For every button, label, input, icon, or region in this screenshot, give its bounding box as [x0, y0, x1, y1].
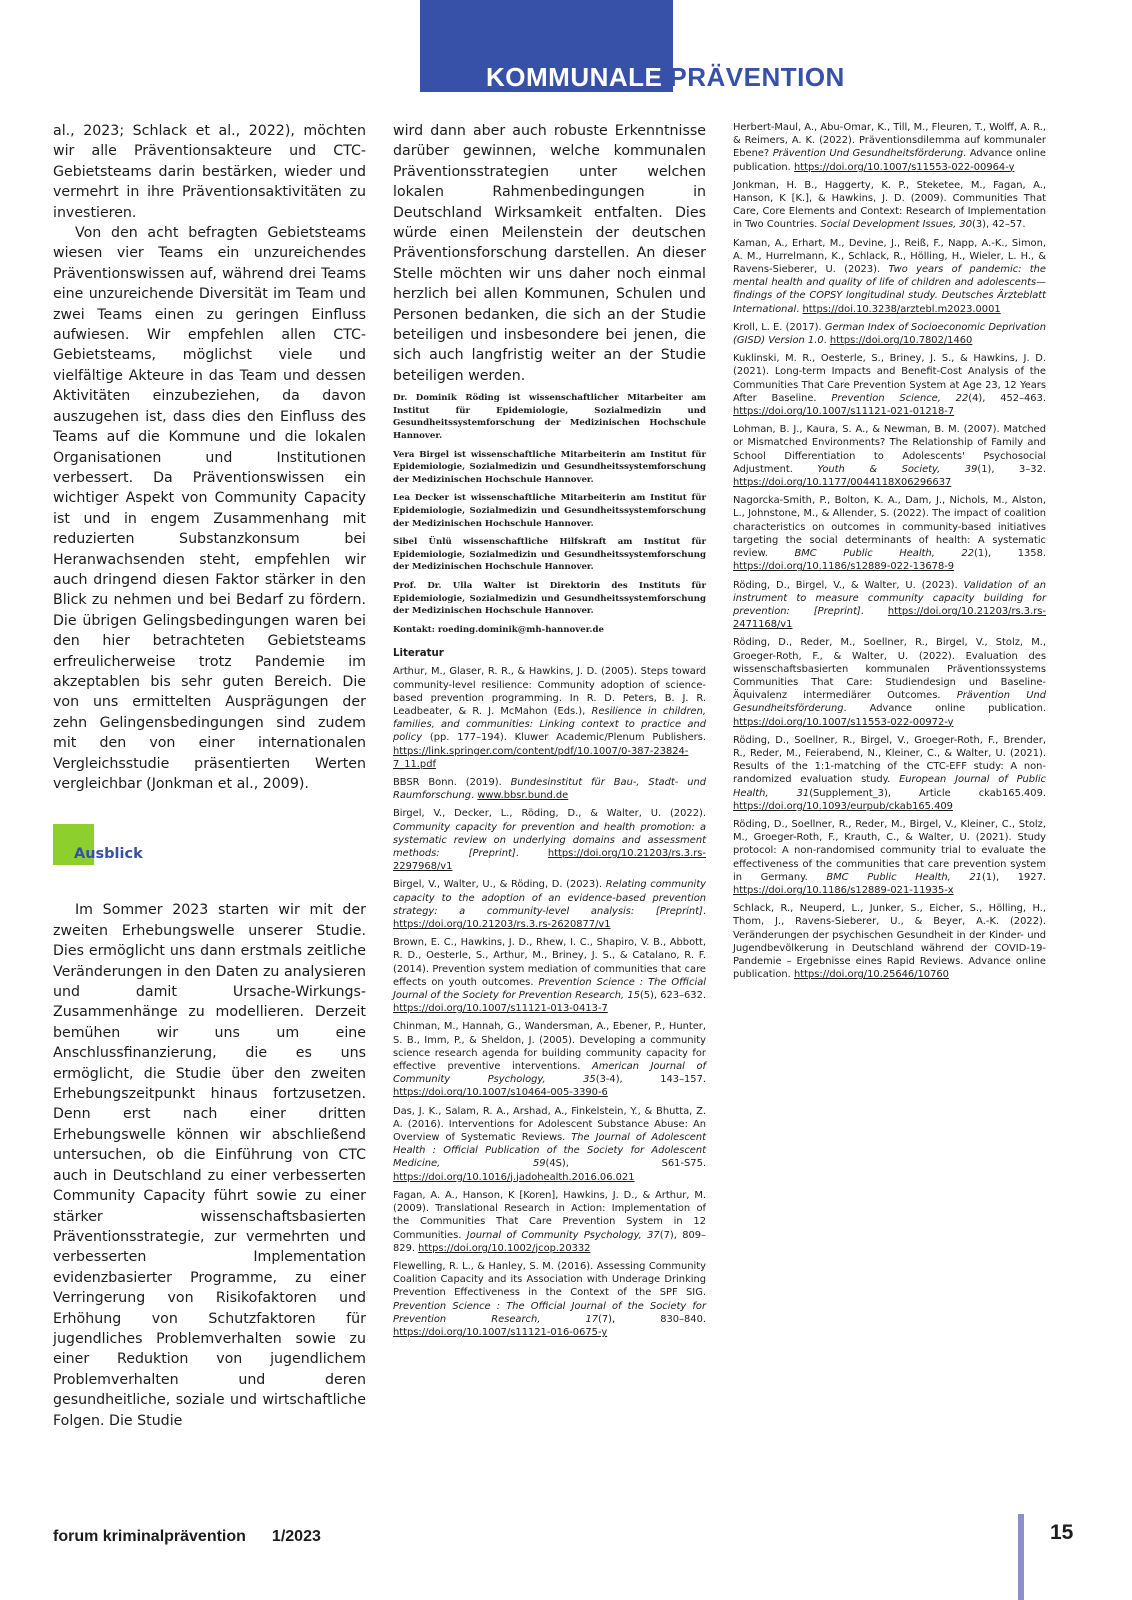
reference-link[interactable]: https://doi.org/10.1177/0044118X06296637 — [733, 477, 951, 488]
reference-text: (4S), S61-S75. — [546, 1158, 706, 1169]
reference-link[interactable]: https://doi.org/10.1093/eurpub/ckab165.4… — [733, 801, 953, 812]
contact-line: Kontakt: roeding.dominik@mh-hannover.de — [393, 624, 706, 637]
body-paragraph: wird dann aber auch robuste Erkenntnisse… — [393, 121, 706, 386]
reference-entry: Flewelling, R. L., & Hanley, S. M. (2016… — [393, 1260, 706, 1339]
reference-entry: Kaman, A., Erhart, M., Devine, J., Reiß,… — [733, 237, 1046, 316]
reference-source: Prävention Und Gesundheitsförderung — [773, 148, 963, 159]
reference-text: Kroll, L. E. (2017). — [733, 322, 825, 333]
reference-link[interactable]: https://doi.org/10.1186/s12889-022-13678… — [733, 561, 954, 572]
reference-source: Journal of Community Psychology, 37 — [467, 1230, 660, 1241]
author-bios: Dr. Dominik Röding ist wissenschaftliche… — [393, 392, 706, 636]
reference-entry: Jonkman, H. B., Haggerty, K. P., Stekete… — [733, 179, 1046, 232]
author-bio: Dr. Dominik Röding ist wissenschaftliche… — [393, 392, 706, 442]
reference-text: Birgel, V., Decker, L., Röding, D., & Wa… — [393, 808, 706, 819]
body-paragraph: Im Sommer 2023 starten wir mit der zweit… — [53, 900, 366, 1431]
reference-entry: Lohman, B. J., Kaura, S. A., & Newman, B… — [733, 423, 1046, 489]
reference-text: (7), 830–840. — [598, 1314, 706, 1325]
reference-text: (4), 452–463. — [968, 393, 1046, 404]
column-3: Herbert-Maul, A., Abu-Omar, K., Till, M.… — [733, 121, 1046, 986]
reference-link[interactable]: https://doi.org/10.1007/s11553-022-00972… — [733, 717, 953, 728]
page-number: 15 — [1050, 1521, 1073, 1545]
reference-entry: Das, J. K., Salam, R. A., Arshad, A., Fi… — [393, 1105, 706, 1184]
issue-number: 1/2023 — [272, 1528, 321, 1545]
reference-text: (1), 1358. — [974, 548, 1046, 559]
reference-text: . — [703, 906, 706, 917]
reference-list: Herbert-Maul, A., Abu-Omar, K., Till, M.… — [733, 121, 1046, 981]
reference-entry: Röding, D., Birgel, V., & Walter, U. (20… — [733, 579, 1046, 632]
reference-text: . — [516, 848, 548, 859]
reference-link[interactable]: www.bbsr.bund.de — [477, 790, 568, 801]
reference-link[interactable]: https://doi.org/10.25646/10760 — [794, 969, 949, 980]
author-bio: Sibel Ünlü wissenschaftliche Hilfskraft … — [393, 536, 706, 574]
reference-text: Flewelling, R. L., & Hanley, S. M. (2016… — [393, 1261, 706, 1298]
reference-text: (5), 623–632. — [640, 990, 706, 1001]
reference-text: . — [861, 606, 888, 617]
reference-entry: Kroll, L. E. (2017). German Index of Soc… — [733, 321, 1046, 347]
section-title: Ausblick — [74, 846, 143, 862]
reference-entry: Fagan, A. A., Hanson, K [Koren], Hawkins… — [393, 1189, 706, 1255]
reference-text: (3-4), 143–157. — [596, 1074, 706, 1085]
reference-text: (1), 1927. — [982, 872, 1046, 883]
reference-entry: BBSR Bonn. (2019). Bundesinstitut für Ba… — [393, 776, 706, 802]
reference-text: (3), 42–57. — [972, 219, 1025, 230]
footer-publication: forum kriminalprävention1/2023 — [53, 1528, 321, 1546]
reference-text: Röding, D., Birgel, V., & Walter, U. (20… — [733, 580, 964, 591]
author-bio: Prof. Dr. Ulla Walter ist Direktorin des… — [393, 580, 706, 618]
reference-entry: Röding, D., Soellner, R., Birgel, V., Gr… — [733, 734, 1046, 813]
footer-accent-bar — [1018, 1514, 1024, 1600]
reference-text: BBSR Bonn. (2019). — [393, 777, 511, 788]
reference-entry: Röding, D., Reder, M., Soellner, R., Bir… — [733, 636, 1046, 728]
reference-link[interactable]: https://link.springer.com/content/pdf/10… — [393, 746, 688, 770]
reference-entry: Herbert-Maul, A., Abu-Omar, K., Till, M.… — [733, 121, 1046, 174]
reference-entry: Arthur, M., Glaser, R. R., & Hawkins, J.… — [393, 665, 706, 771]
reference-entry: Kuklinski, M. R., Oesterle, S., Briney, … — [733, 352, 1046, 418]
reference-list: Arthur, M., Glaser, R. R., & Hawkins, J.… — [393, 665, 706, 1339]
section-heading-ausblick: Ausblick — [53, 824, 366, 886]
reference-text: Birgel, V., Walter, U., & Röding, D. (20… — [393, 879, 606, 890]
reference-link[interactable]: https://doi.org/10.1007/s11121-021-01218… — [733, 406, 954, 417]
reference-link[interactable]: https://doi.org/10.1007/s11121-013-0413-… — [393, 1003, 608, 1014]
reference-text: (1), 3–32. — [977, 464, 1046, 475]
literature-heading: Literatur — [393, 648, 706, 659]
reference-link[interactable]: https://doi.org/10.1007/s10464-005-3390-… — [393, 1087, 608, 1098]
reference-link[interactable]: https://doi.org/10.1186/s12889-021-11935… — [733, 885, 954, 896]
reference-entry: Birgel, V., Walter, U., & Röding, D. (20… — [393, 878, 706, 931]
reference-source: Social Development Issues, 30 — [820, 219, 972, 230]
column-2: wird dann aber auch robuste Erkenntnisse… — [393, 121, 706, 1344]
reference-source: Youth & Society, 39 — [817, 464, 977, 475]
reference-text: . Advance online publication. — [844, 703, 1046, 714]
reference-entry: Brown, E. C., Hawkins, J. D., Rhew, I. C… — [393, 936, 706, 1015]
author-bio: Vera Birgel ist wissenschaftliche Mitarb… — [393, 449, 706, 487]
author-bio: Lea Decker ist wissenschaftliche Mitarbe… — [393, 492, 706, 530]
reference-source: Prevention Science, 22 — [831, 393, 968, 404]
reference-entry: Nagorcka-Smith, P., Bolton, K. A., Dam, … — [733, 494, 1046, 573]
reference-link[interactable]: https://doi.org/10.1007/s11553-022-00964… — [794, 162, 1014, 173]
header-title-part1: KOMMUNALE — [486, 62, 662, 92]
reference-text: (Supplement_3), Article ckab165.409. — [809, 788, 1046, 799]
reference-source: BMC Public Health, 22 — [794, 548, 974, 559]
reference-entry: Schlack, R., Neuperd, L., Junker, S., Ei… — [733, 902, 1046, 981]
reference-entry: Röding, D., Soellner, R., Reder, M., Bir… — [733, 818, 1046, 897]
body-paragraph: al., 2023; Schlack et al., 2022), möchte… — [53, 121, 366, 223]
reference-link[interactable]: https://doi.org/10.21203/rs.3.rs-2620877… — [393, 919, 611, 930]
reference-link[interactable]: https://doi.org/10.1016/j.jadohealth.201… — [393, 1172, 634, 1183]
reference-entry: Birgel, V., Decker, L., Röding, D., & Wa… — [393, 807, 706, 873]
header-title-part2: PRÄVENTION — [669, 62, 844, 92]
reference-link[interactable]: https://doi.10.3238/arztebl.m2023.0001 — [802, 304, 1000, 315]
reference-entry: Chinman, M., Hannah, G., Wandersman, A.,… — [393, 1020, 706, 1099]
reference-link[interactable]: https://doi.org/10.1002/jcop.20332 — [418, 1243, 590, 1254]
body-paragraph: Von den acht befragten Gebietsteams wies… — [53, 223, 366, 794]
column-1: al., 2023; Schlack et al., 2022), möchte… — [53, 121, 366, 1431]
reference-link[interactable]: https://doi.org/10.1007/s11121-016-0675-… — [393, 1327, 607, 1338]
reference-source: BMC Public Health, 21 — [826, 872, 982, 883]
reference-text: (pp. 177–194). Kluwer Academic/Plenum Pu… — [422, 732, 706, 743]
reference-link[interactable]: https://doi.org/10.7802/1460 — [830, 335, 972, 346]
section-header: KOMMUNALEPRÄVENTION — [486, 62, 845, 92]
publication-name: forum kriminalprävention — [53, 1528, 246, 1545]
